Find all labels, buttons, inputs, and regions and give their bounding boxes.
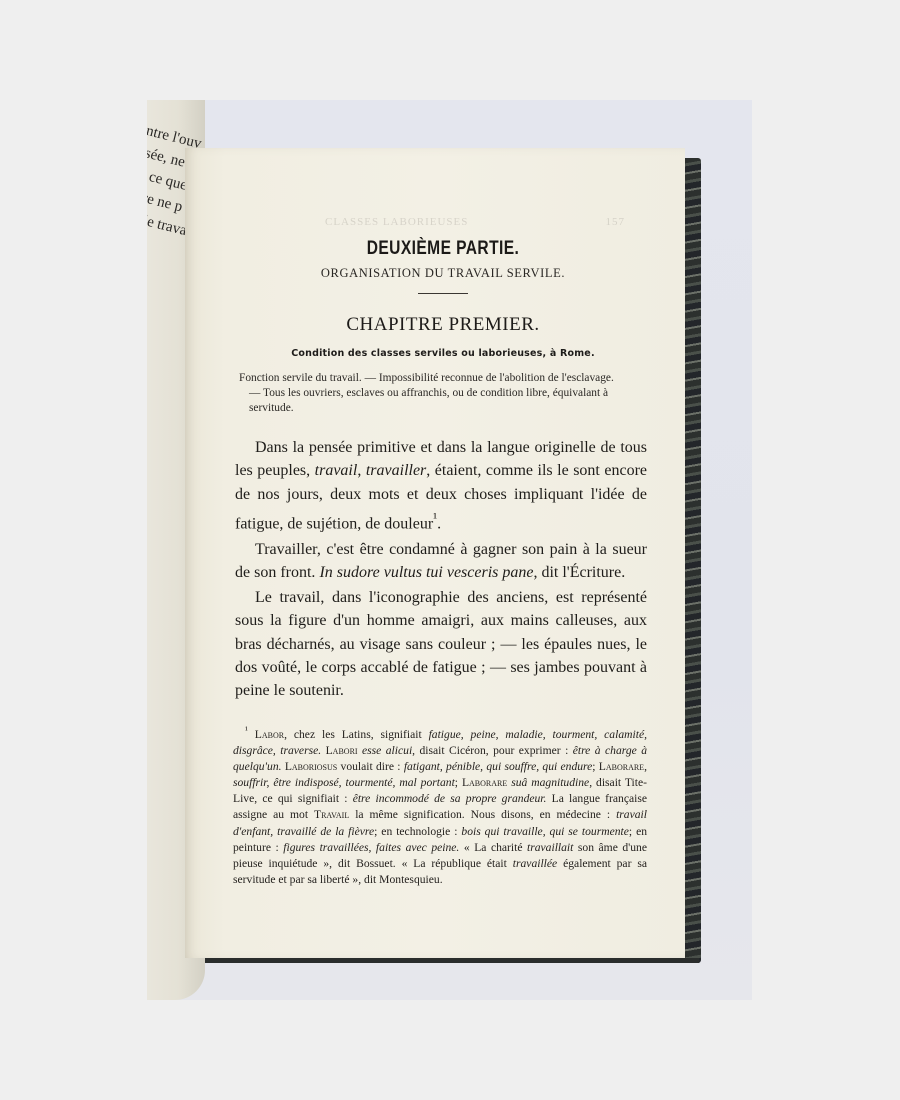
body-text: Dans la pensée primitive et dans la lang…	[239, 436, 647, 703]
book-cover-bottom-edge	[202, 958, 699, 963]
paragraph: Travailler, c'est être condamné à gagner…	[235, 538, 647, 585]
divider-rule	[418, 293, 468, 294]
book-photograph: ntre l'ouv isée, ne pe ce que l' sère ne…	[147, 100, 752, 1000]
page-content: DEUXIÈME PARTIE. ORGANISATION DU TRAVAIL…	[239, 238, 647, 888]
chapter-summary: Fonction servile du travail. — Impossibi…	[239, 371, 647, 416]
paragraph: Le travail, dans l'iconographie des anci…	[235, 586, 647, 702]
chapter-title: CHAPITRE PREMIER.	[239, 314, 647, 336]
book-page: CLASSES LABORIEUSES 157 DEUXIÈME PARTIE.…	[185, 148, 685, 958]
footnote-mark: ¹	[245, 725, 248, 736]
footnote: ¹ Labor, chez les Latins, signifiait fat…	[239, 723, 647, 889]
page-number: 157	[606, 216, 626, 228]
bleed-through-header: CLASSES LABORIEUSES 157	[325, 216, 625, 228]
summary-line: Fonction servile du travail. — Impossibi…	[239, 371, 647, 386]
chapter-subtitle: Condition des classes serviles ou labori…	[239, 348, 647, 359]
running-title: CLASSES LABORIEUSES	[325, 216, 468, 228]
paragraph: Dans la pensée primitive et dans la lang…	[235, 436, 647, 536]
summary-line: — Tous les ouvriers, esclaves ou affranc…	[249, 386, 647, 416]
part-subtitle: ORGANISATION DU TRAVAIL SERVILE.	[239, 266, 647, 281]
part-title: DEUXIÈME PARTIE.	[276, 238, 611, 260]
